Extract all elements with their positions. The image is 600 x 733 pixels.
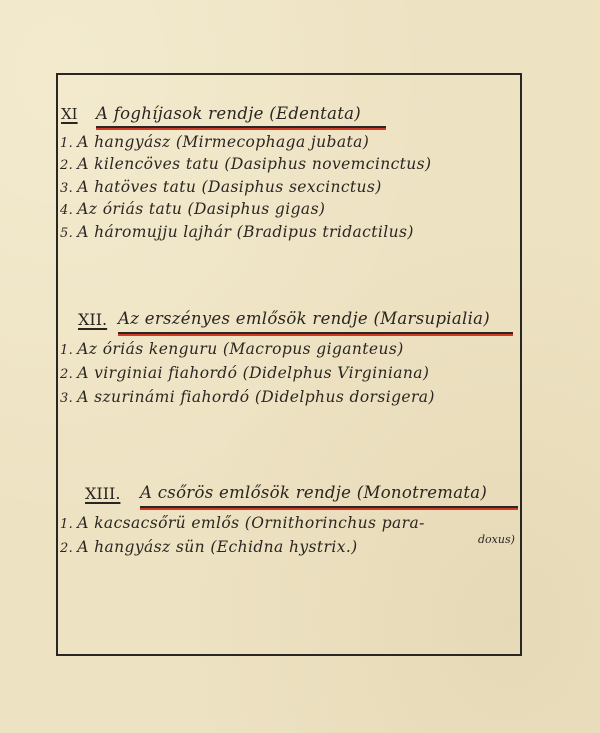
item-text: A háromujju lajhár (Bradipus tridactilus…	[77, 223, 414, 241]
item-text: A szurinámi fiahordó (Didelphus dorsiger…	[77, 388, 435, 406]
item-text: A hatöves tatu (Dasiphus sexcinctus)	[77, 178, 382, 196]
item-number: 5.	[60, 226, 73, 241]
list-item: 1.Az óriás kenguru (Macropus giganteus)	[60, 340, 404, 358]
section-title: A csőrös emlősök rendje (Monotremata)	[140, 483, 487, 502]
section-heading: XII. Az erszényes emlősök rendje (Marsup…	[58, 308, 520, 334]
item-text: A kilencöves tatu (Dasiphus novemcinctus…	[77, 155, 431, 173]
list-item: 2.A virginiai fiahordó (Didelphus Virgin…	[60, 364, 429, 382]
section-monotremata: XIII. A csőrös emlősök rendje (Monotrema…	[58, 482, 520, 508]
list-item: 5.A háromujju lajhár (Bradipus tridactil…	[60, 223, 414, 241]
item-number: 4.	[60, 203, 73, 218]
list-item: 3.A hatöves tatu (Dasiphus sexcinctus)	[60, 178, 382, 196]
section-title-underline	[140, 506, 518, 510]
list-item: 2.A hangyász sün (Echidna hystrix.)	[60, 538, 358, 556]
continuation-text: doxus)	[478, 533, 515, 546]
section-title: A foghíjasok rendje (Edentata)	[96, 104, 361, 123]
section-title-underline	[96, 126, 386, 130]
item-number: 2.	[60, 367, 73, 382]
list-item: 3.A szurinámi fiahordó (Didelphus dorsig…	[60, 388, 435, 406]
list-item: 2.A kilencöves tatu (Dasiphus novemcinct…	[60, 155, 432, 173]
section-heading: XIII. A csőrös emlősök rendje (Monotrema…	[58, 482, 520, 508]
item-number: 3.	[60, 181, 73, 196]
item-text: A virginiai fiahordó (Didelphus Virginia…	[77, 364, 429, 382]
page-frame: XI A foghíjasok rendje (Edentata) 1.A ha…	[56, 73, 522, 656]
item-number: 1.	[60, 517, 73, 532]
item-text: A hangyász sün (Echidna hystrix.)	[77, 538, 357, 556]
item-number: 2.	[60, 158, 73, 173]
item-number: 3.	[60, 391, 73, 406]
section-marsupialia: XII. Az erszényes emlősök rendje (Marsup…	[58, 308, 520, 334]
item-text: A hangyász (Mirmecophaga jubata)	[77, 133, 369, 151]
section-numeral: XIII.	[85, 484, 120, 503]
item-number: 1.	[60, 136, 73, 151]
list-item: 4.Az óriás tatu (Dasiphus gigas)	[60, 200, 325, 218]
section-edentata: XI A foghíjasok rendje (Edentata) 1.A ha…	[58, 103, 520, 129]
item-text: Az óriás tatu (Dasiphus gigas)	[77, 200, 325, 218]
item-number: 2.	[60, 541, 73, 556]
section-numeral: XI	[61, 105, 78, 123]
item-text: Az óriás kenguru (Macropus giganteus)	[77, 340, 403, 358]
item-number: 1.	[60, 343, 73, 358]
section-title-underline	[118, 332, 513, 336]
list-item: 1.A hangyász (Mirmecophaga jubata)	[60, 133, 369, 151]
item-text: A kacsacsőrü emlős (Ornithorinchus para-	[77, 514, 425, 532]
section-numeral: XII.	[78, 310, 107, 329]
list-item: 1.A kacsacsőrü emlős (Ornithorinchus par…	[60, 514, 425, 532]
section-title: Az erszényes emlősök rendje (Marsupialia…	[118, 309, 490, 328]
section-heading: XI A foghíjasok rendje (Edentata)	[58, 103, 520, 129]
